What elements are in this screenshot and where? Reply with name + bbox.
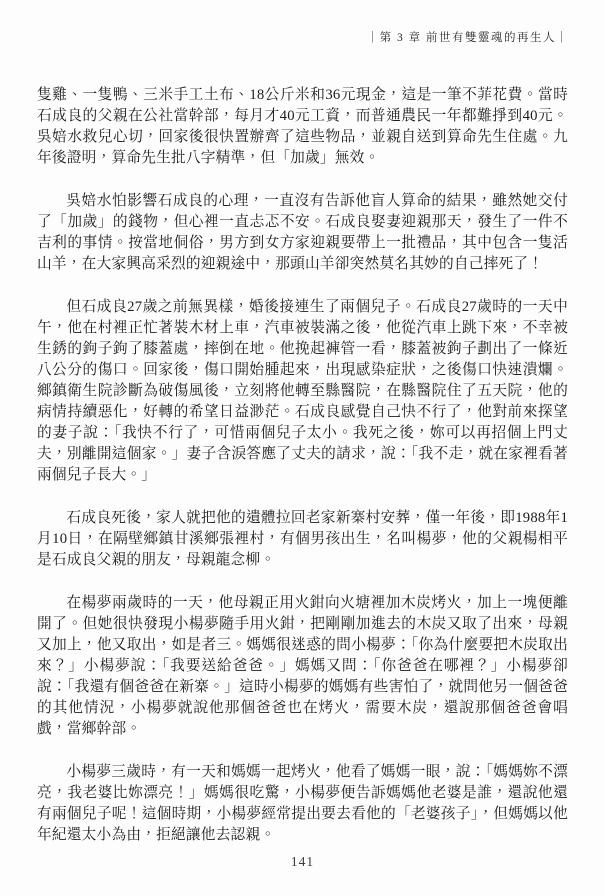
paragraph: 在楊夢兩歲時的一天，他母親正用火鉗向火塘裡加木炭烤火，加上一塊便離開了。但她很快… — [37, 593, 568, 740]
paragraph: 隻雞、一隻鴨、三米手工土布、18公斤米和36元現金，這是一筆不菲花費。當時石成良… — [37, 85, 568, 169]
page-number: 141 — [0, 854, 605, 870]
book-page: ｜第 3 章 前世有雙靈魂的再生人｜ 隻雞、一隻鴨、三米手工土布、18公斤米和3… — [0, 0, 605, 896]
paragraph: 小楊夢三歲時，有一天和媽媽一起烤火，他看了媽媽一眼，說：「媽媽妳不漂亮，我老婆比… — [37, 762, 568, 846]
page-body-text: 隻雞、一隻鴨、三米手工土布、18公斤米和36元現金，這是一筆不菲花費。當時石成良… — [37, 85, 568, 868]
running-header-chapter-title: ｜第 3 章 前世有雙靈魂的再生人｜ — [367, 29, 569, 45]
paragraph: 吳婄水怕影響石成良的心理，一直沒有告訴他盲人算命的結果，雖然她交付了「加歲」的錢… — [37, 191, 568, 275]
paragraph: 石成良死後，家人就把他的遺體拉回老家新寨村安葬，僅一年後，即1988年1月10日… — [37, 508, 568, 571]
paragraph: 但石成良27歲之前無異樣，婚後接連生了兩個兒子。石成良27歲時的一天中午，他在村… — [37, 297, 568, 486]
